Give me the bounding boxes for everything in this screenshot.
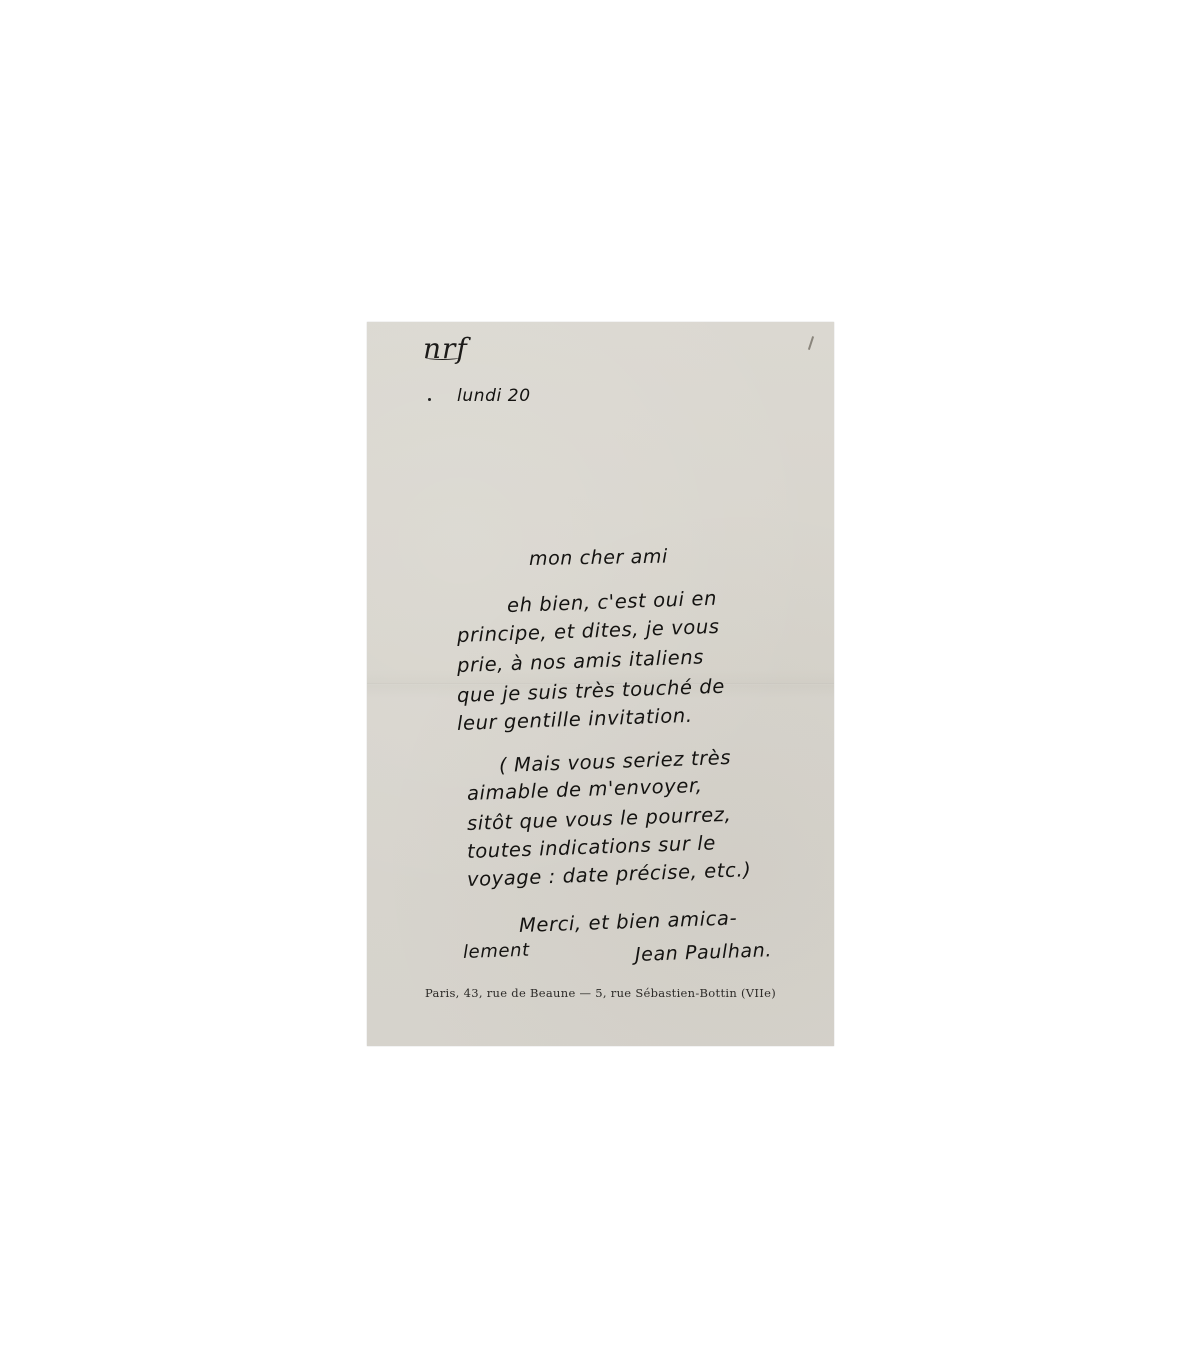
body-line: sitôt que vous le pourrez, [467,803,732,835]
body-line: prie, à nos amis italiens [457,645,705,677]
signature: Jean Paulhan. [635,939,773,966]
paper-pencil-mark [808,336,814,350]
body-line: eh bien, c'est oui en [507,587,718,617]
date-bullet [428,398,431,401]
body-line: que je suis très touché de [457,675,726,707]
body-line: principe, et dites, je vous [457,615,720,647]
closing-line: Merci, et bien amica- [519,906,738,937]
letter-sheet: nrf lundi 20 mon cher ami eh bien, c'est… [367,322,834,1046]
body-line: leur gentille invitation. [457,704,693,735]
letter-date: lundi 20 [457,386,531,406]
closing-line: lement [463,940,530,963]
letterhead-footer-address: Paris, 43, rue de Beaune — 5, rue Sébast… [367,986,834,1000]
body-line: toutes indications sur le [467,831,717,863]
body-line: ( Mais vous seriez très [499,746,732,777]
letter-salutation: mon cher ami [529,546,668,570]
body-line: voyage : date précise, etc.) [467,858,752,891]
body-line: aimable de m'envoyer, [467,774,703,805]
nrf-letterhead-logo: nrf [423,332,468,365]
